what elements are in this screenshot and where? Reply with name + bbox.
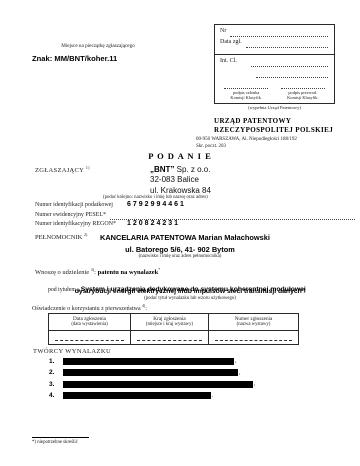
nip-row: Numer identyfikacji podatkowej 679299446…	[35, 202, 356, 212]
empty-field-line	[137, 340, 202, 341]
patent-office-address: 00-950 WARSZAWA, Al. Niepodległości 188/…	[196, 136, 297, 150]
signature-row: podpis członka Komisji Klasyfik. podpis …	[220, 85, 329, 100]
inventors-list: 1., 2., 3., 4..	[49, 358, 256, 404]
patent-office-address-line2: Skr. poczt. 203	[196, 143, 297, 150]
inventor-suffix: .	[212, 393, 214, 399]
int-cl-field-line-2	[256, 69, 328, 78]
footnote-divider	[32, 437, 89, 438]
int-cl-field-line	[251, 58, 328, 67]
redaction-bar	[63, 358, 234, 365]
footnote: *) niepotrzebne skreślić	[32, 440, 78, 445]
applicant-caption: (podać kolejno: nazwisko i imię lub nazw…	[103, 195, 208, 200]
attorney-row: PEŁNOMOCNIK 2) KANCELARIA PATENTOWA Mari…	[35, 234, 87, 241]
office-use-box: Nr Data zgł. Int. Cl. podpis członka Kom…	[214, 24, 335, 104]
inventor-suffix: ,	[254, 381, 256, 387]
regon-label: Numer identyfikacyjny REGON*	[35, 221, 116, 227]
priority-col-date-line2: (data wystawienia)	[49, 322, 130, 328]
date-row: Data zgł.	[220, 39, 329, 50]
patent-office-name-line1: URZĄD PATENTOWY	[214, 117, 333, 126]
signature-line	[281, 85, 325, 89]
invention-title-line2: dystrybucji energii elektrycznej i/lub i…	[30, 288, 350, 295]
inventor-number: 1.	[49, 358, 59, 365]
invention-title-caption: (podać tytuł wynalazku lub wzoru użytkow…	[30, 296, 350, 301]
int-cl-label: Int. Cl.	[220, 58, 237, 69]
priority-label-colon: :	[145, 306, 147, 312]
empty-field-line	[215, 340, 292, 341]
date-label: Data zgł.	[220, 39, 242, 50]
nip-label: Numer identyfikacji podatkowej	[35, 202, 113, 208]
inventor-row: 3.,	[49, 381, 256, 388]
applicant-name: „BNT” Sp. z o.o.	[150, 165, 211, 175]
attorney-label: PEŁNOMOCNIK 2)	[35, 234, 87, 241]
priority-col-number-line2: (nazwa wystawy)	[209, 322, 298, 328]
attorney-label-text: PEŁNOMOCNIK	[35, 234, 84, 241]
patent-office-name-line2: RZECZYPOSPOLITEJ POLSKIEJ	[214, 126, 333, 135]
priority-table-header-row: Data zgłoszenia (data wystawienia) Kraj …	[49, 314, 299, 331]
stamp-area-caption: Miejsce na pieczątkę zgłaszającego	[40, 43, 156, 49]
regon-value: 120824231	[127, 220, 180, 227]
inventor-number: 3.	[49, 381, 59, 388]
redaction-bar	[63, 381, 253, 388]
int-cl-row: Int. Cl.	[220, 58, 329, 69]
signature-chairman: podpis przewod. Komisji Klasyfik.	[277, 85, 329, 100]
inventor-row: 2.,	[49, 369, 256, 376]
patent-office-address-line1: 00-950 WARSZAWA, Al. Niepodległości 188/…	[196, 136, 297, 143]
inventor-row: 1.,	[49, 358, 256, 365]
signature-member: podpis członka Komisji Klasyfik.	[220, 85, 272, 100]
applicant-footnote-ref: 1)	[86, 165, 90, 170]
attorney-name: KANCELARIA PATENTOWA Marian Małachowski	[100, 233, 270, 242]
redaction-bar	[63, 369, 238, 376]
pesel-field-line	[110, 212, 355, 220]
inventors-heading: TWÓRCY WYNALAZKU	[33, 348, 111, 355]
inventor-suffix: ,	[239, 370, 241, 376]
applicant-label: ZGŁASZAJĄCY 1)	[35, 167, 90, 174]
reference-number: Znak: MM/BNT/koher.11	[32, 54, 117, 63]
inventor-suffix: ,	[235, 358, 237, 364]
priority-table: Data zgłoszenia (data wystawienia) Kraj …	[48, 313, 299, 345]
patent-application-form: Miejsce na pieczątkę zgłaszającego Znak:…	[0, 0, 360, 466]
priority-label-text: Oświadczenie o korzystaniu z pierwszeńst…	[32, 306, 142, 312]
priority-declaration-label: Oświadczenie o korzystaniu z pierwszeńst…	[32, 306, 147, 312]
applicant-details: „BNT” Sp. z o.o. 32-083 Balice ul. Krako…	[150, 165, 211, 196]
applicant-name-bold: „BNT”	[150, 165, 174, 174]
office-box-bottom-section: Int. Cl. podpis członka Komisji Klasyfik…	[215, 54, 334, 103]
priority-col-number: Numer zgłoszenia (nazwa wystawy)	[209, 314, 299, 331]
nr-label: Nr	[220, 28, 226, 39]
date-field-line	[246, 39, 328, 48]
attorney-caption: (nazwisko i imię oraz adres pełnomocnika…	[0, 254, 360, 259]
priority-col-country-line2: (miejsce i kraj wystawy)	[131, 322, 208, 328]
regon-row: Numer identyfikacyjny REGON* 120824231	[35, 221, 356, 231]
priority-cell-number	[209, 331, 299, 345]
office-box-footer: (wypełnia Urząd Patentowy)	[214, 105, 335, 110]
inventor-number: 2.	[49, 369, 59, 376]
priority-cell-date	[49, 331, 131, 345]
signature-member-caption-2: Komisji Klasyfik.	[220, 95, 272, 100]
signature-line	[224, 85, 268, 89]
priority-cell-country	[131, 331, 209, 345]
applicant-name-rest: Sp. z o.o.	[174, 165, 210, 174]
priority-col-country: Kraj zgłoszenia (miejsce i kraj wystawy)	[131, 314, 209, 331]
redaction-bar	[63, 392, 211, 399]
form-title: P O D A N I E	[0, 151, 360, 161]
patent-office-name: URZĄD PATENTOWY RZECZYPOSPOLITEJ POLSKIE…	[214, 117, 333, 135]
inventor-number: 4.	[49, 392, 59, 399]
attorney-address: ul. Batorego 5/6, 41- 902 Bytom	[0, 245, 360, 254]
empty-field-line	[55, 340, 124, 341]
office-box-top-section: Nr Data zgł.	[215, 25, 334, 54]
applicant-address-line1: 32-083 Balice	[150, 175, 211, 185]
signature-chairman-caption-2: Komisji Klasyfik.	[277, 95, 329, 100]
request-object-asterisk: *	[158, 266, 160, 271]
nr-field-line	[230, 28, 328, 37]
inventor-row: 4..	[49, 392, 256, 399]
applicant-label-text: ZGŁASZAJĄCY	[35, 167, 86, 174]
footnote-text: niepotrzebne skreślić	[37, 440, 78, 445]
nip-value: 6792994461	[127, 201, 186, 208]
request-intro: Wnoszę o udzielenie	[35, 269, 91, 276]
nr-row: Nr	[220, 28, 329, 39]
request-object: patentu na wynalazek	[98, 269, 159, 276]
priority-table-empty-row	[49, 331, 299, 345]
request-statement: Wnoszę o udzielenie 3): patentu na wynal…	[35, 269, 160, 276]
attorney-footnote-ref: 2)	[84, 231, 87, 236]
priority-col-date: Data zgłoszenia (data wystawienia)	[49, 314, 131, 331]
int-cl-row-2	[220, 69, 329, 80]
